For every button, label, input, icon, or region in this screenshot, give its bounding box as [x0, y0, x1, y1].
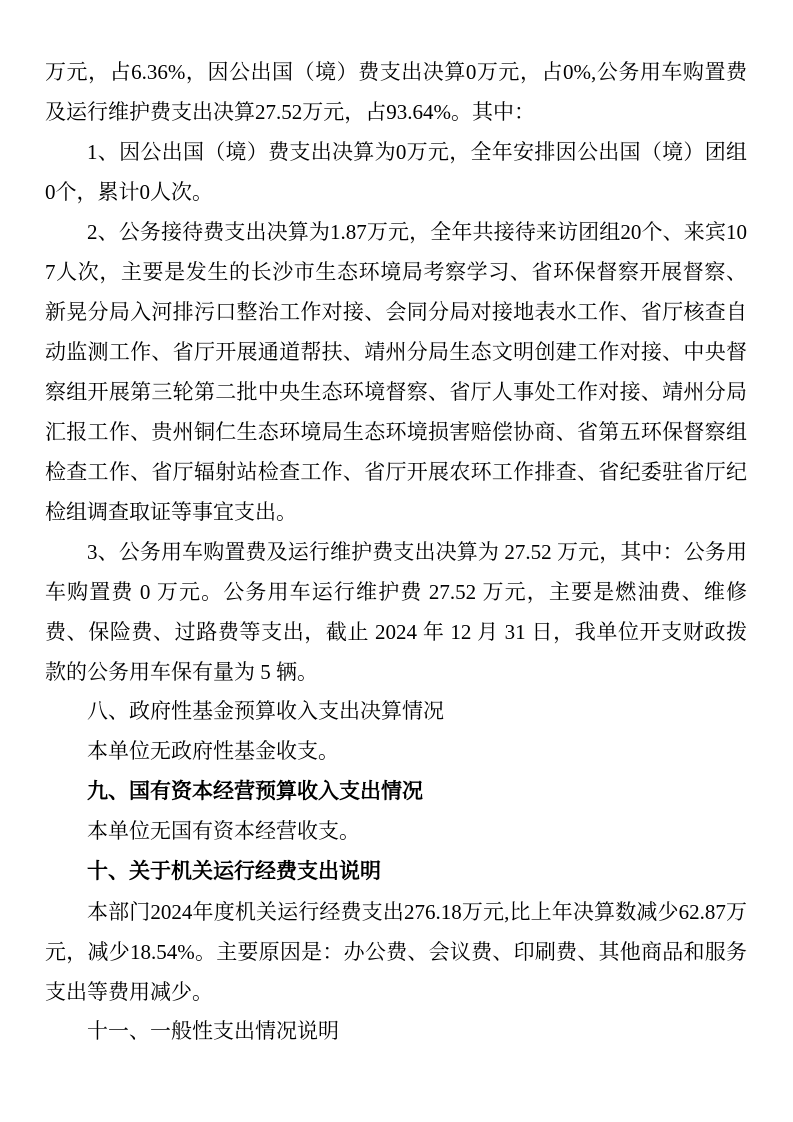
body-paragraph: 万元，占6.36%，因公出国（境）费支出决算0万元，占0%,公务用车购置费及运行…: [45, 52, 747, 132]
document-body: 万元，占6.36%，因公出国（境）费支出决算0万元，占0%,公务用车购置费及运行…: [0, 0, 793, 1052]
document-page: 万元，占6.36%，因公出国（境）费支出决算0万元，占0%,公务用车购置费及运行…: [0, 0, 793, 1122]
body-paragraph: 本部门2024年度机关运行经费支出276.18万元,比上年决算数减少62.87万…: [45, 892, 747, 1012]
body-paragraph: 本单位无政府性基金收支。: [45, 732, 747, 772]
body-paragraph: 本单位无国有资本经营收支。: [45, 812, 747, 852]
section-heading: 十、关于机关运行经费支出说明: [45, 852, 747, 892]
section-heading: 八、政府性基金预算收入支出决算情况: [45, 692, 747, 732]
section-heading: 十一、一般性支出情况说明: [45, 1012, 747, 1052]
body-paragraph: 3、公务用车购置费及运行维护费支出决算为 27.52 万元，其中：公务用车购置费…: [45, 532, 747, 692]
section-heading: 九、国有资本经营预算收入支出情况: [45, 772, 747, 812]
body-paragraph: 1、因公出国（境）费支出决算为0万元，全年安排因公出国（境）团组0个，累计0人次…: [45, 132, 747, 212]
body-paragraph: 2、公务接待费支出决算为1.87万元，全年共接待来访团组20个、来宾107人次，…: [45, 212, 747, 532]
